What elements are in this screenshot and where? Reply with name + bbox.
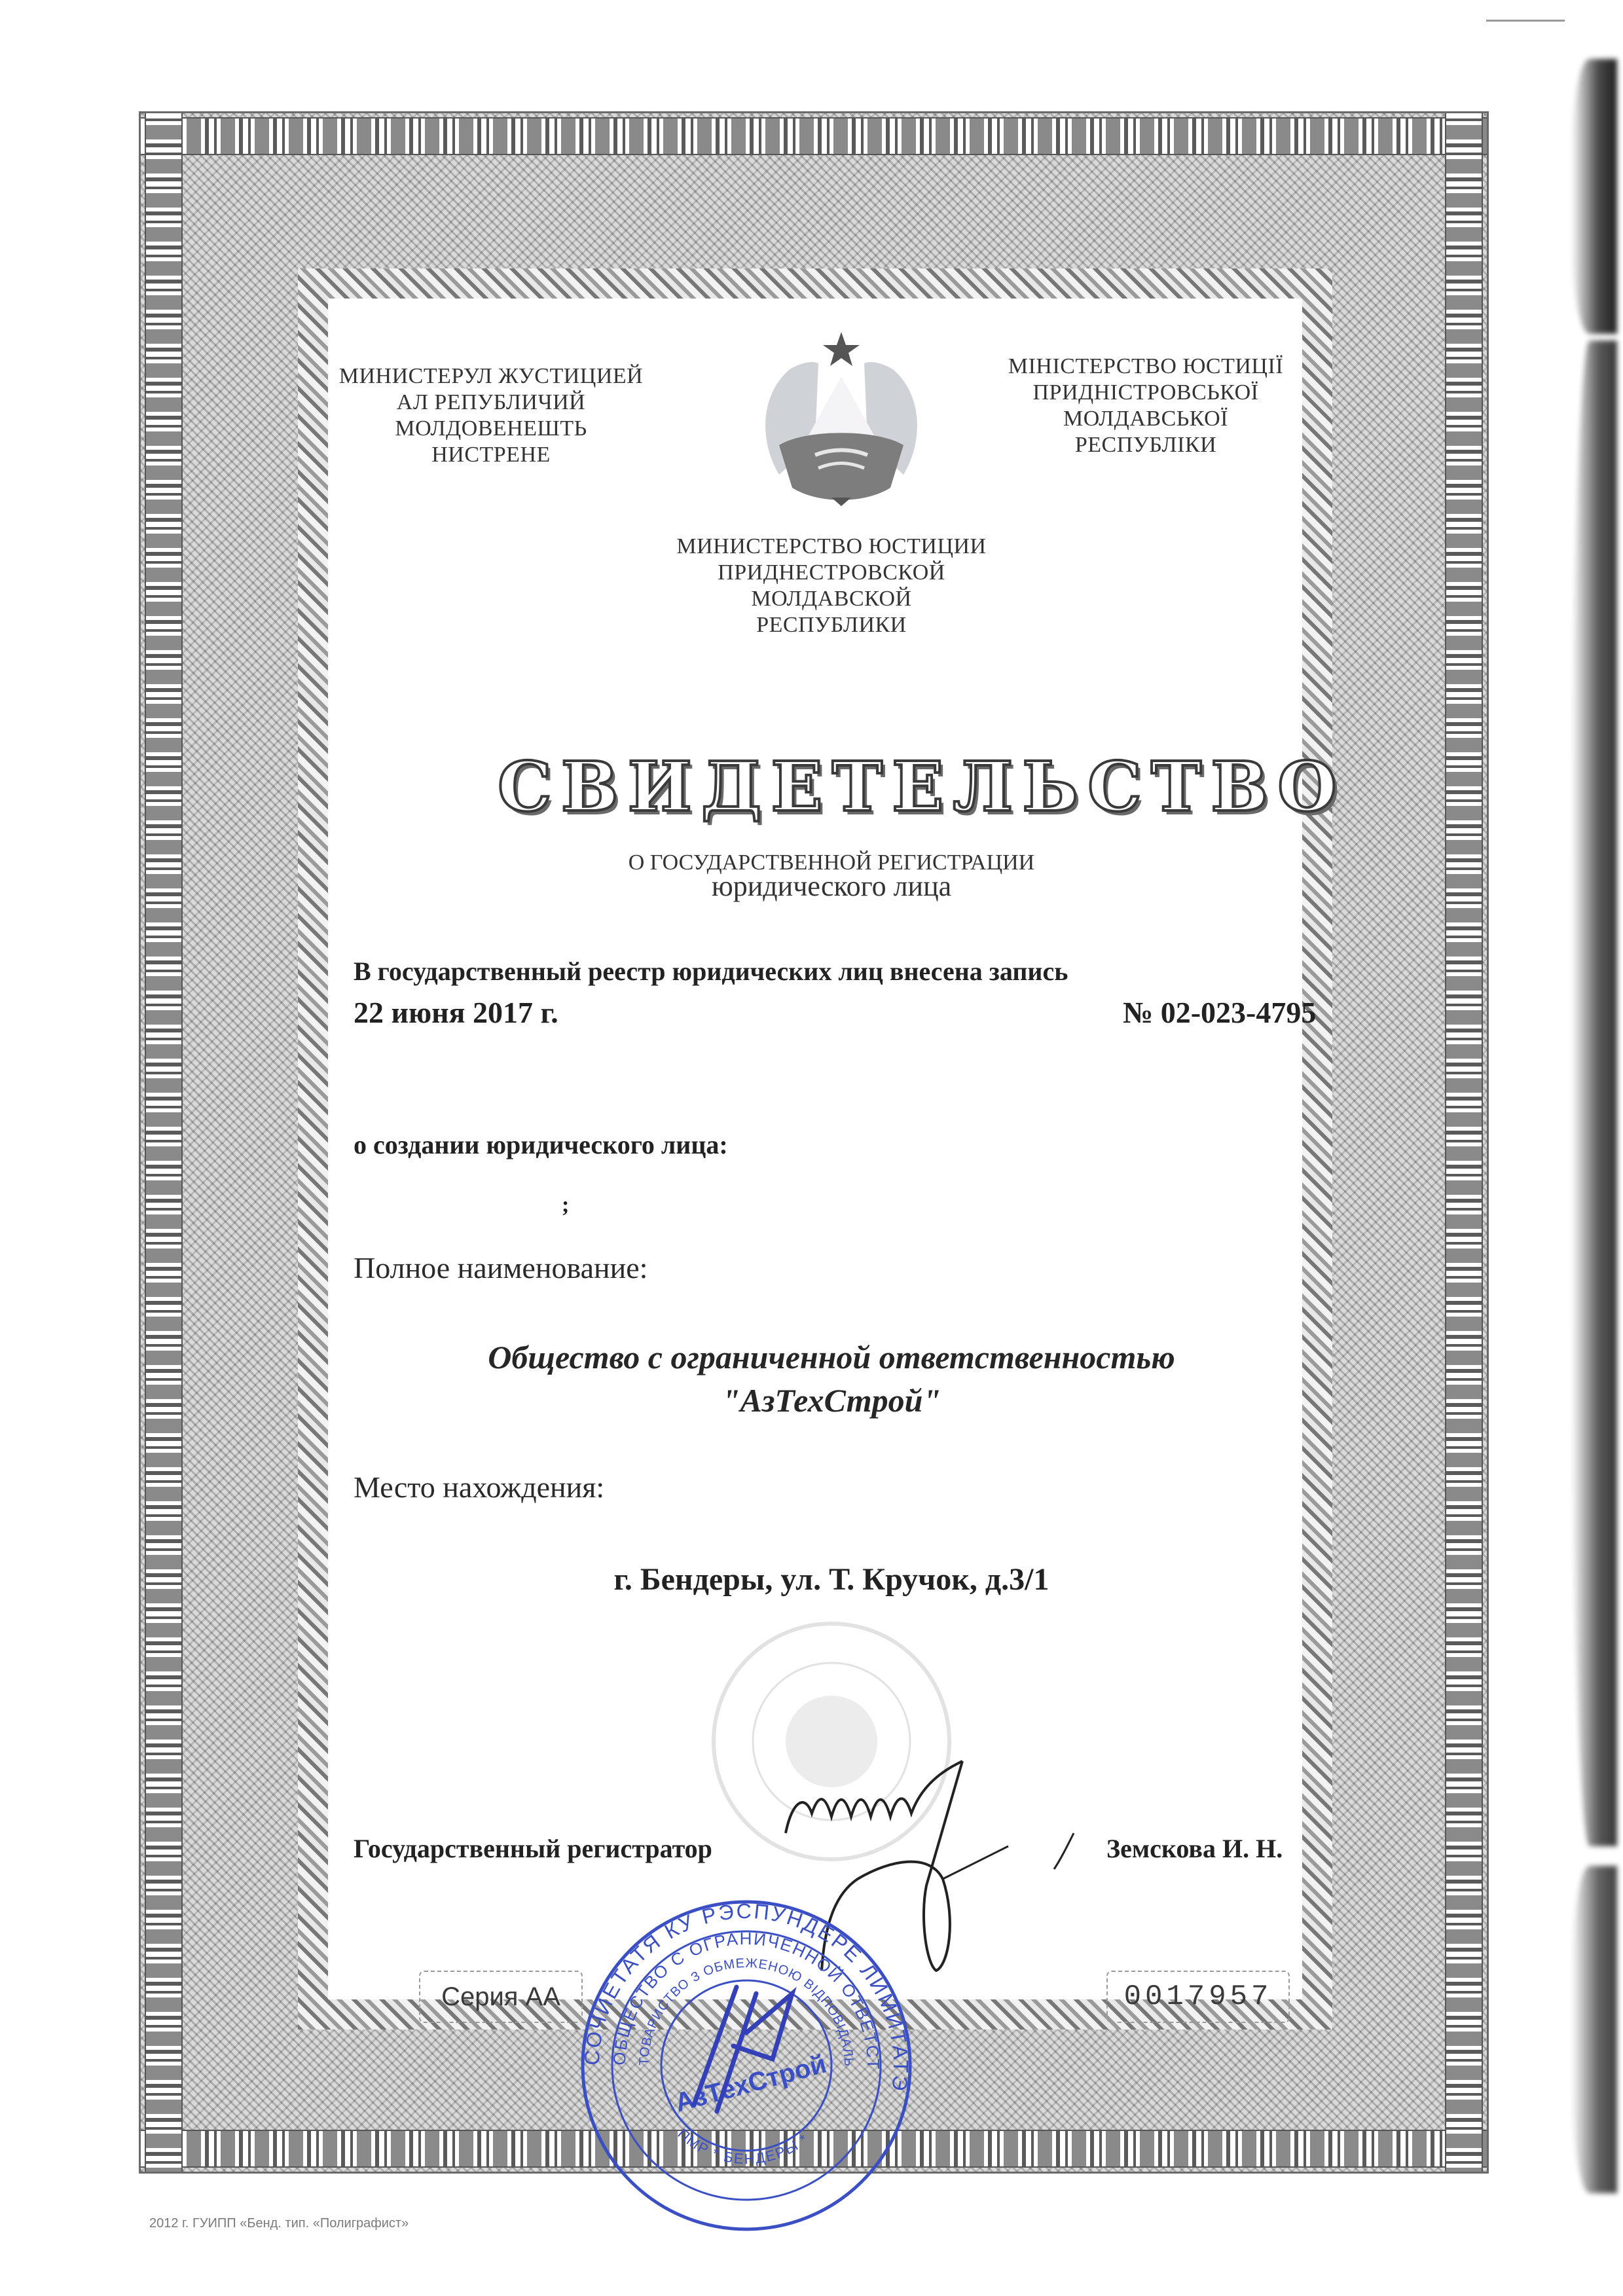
registrar-name: Земскова И. Н. — [1106, 1833, 1283, 1864]
greek-key-border — [1445, 113, 1483, 2172]
series-field: Серия АА — [419, 1971, 583, 2023]
ministry-header-ukrainian: МІНІСТЕРСТВО ЮСТИЦІЇ ПРИДНІСТРОВСЬКОЇ МО… — [962, 354, 1329, 458]
registrar-label: Государственный регистратор — [354, 1833, 712, 1864]
certificate-subtitle: О ГОСУДАРСТВЕННОЙ РЕГИСТРАЦИИ юридическо… — [458, 851, 1205, 898]
ministry-header-russian: МИНИСТЕРСТВО ЮСТИЦИИ ПРИДНЕСТРОВСКОЙ МОЛ… — [629, 534, 1034, 638]
scan-shadow — [1571, 59, 1617, 334]
organization-name: Общество с ограниченной ответственностью… — [367, 1336, 1296, 1422]
svg-text:АзТехСтрой: АзТехСтрой — [672, 2050, 829, 2118]
scan-shadow — [1571, 1866, 1617, 2193]
organization-address: г. Бендеры, ул. Т. Кручок, д.3/1 — [367, 1561, 1296, 1597]
entry-mark: ; — [562, 1193, 569, 1218]
registry-entry-text: В государственный реестр юридических лиц… — [354, 956, 1068, 987]
registry-date: 22 июня 2017 г. — [354, 995, 558, 1030]
printer-imprint: 2012 г. ГУИПП «Бенд. тип. «Полиграфист» — [149, 2216, 409, 2231]
scan-artifact — [1486, 20, 1565, 22]
ministry-header-moldovan: МИНИСТЕРУЛ ЖУСТИЦИЕЙ АЛ РЕПУБЛИЧИЙ МОЛДО… — [308, 363, 674, 468]
greek-key-border — [141, 117, 1487, 155]
scan-shadow — [1571, 340, 1617, 1846]
entry-subject: о создании юридического лица: — [354, 1129, 728, 1160]
location-label: Место нахождения: — [354, 1470, 604, 1504]
certificate-title: СВИДЕТЕЛЬСТВО — [498, 746, 1165, 827]
state-coat-of-arms-icon — [753, 324, 930, 507]
full-name-label: Полное наименование: — [354, 1250, 647, 1285]
registry-number: № 02-023-4795 — [1123, 995, 1316, 1030]
company-stamp: СОЧИЕТАТЯ КУ РЭСПУНДЕРЕ ЛИМИТАТЭ ОБЩЕСТВ… — [576, 1895, 917, 2236]
blank-number-field: 0017957 — [1106, 1971, 1290, 2023]
greek-key-border — [145, 113, 183, 2172]
svg-text:ПМР * БЕНДЕРЫ *: ПМР * БЕНДЕРЫ * — [674, 2125, 812, 2167]
